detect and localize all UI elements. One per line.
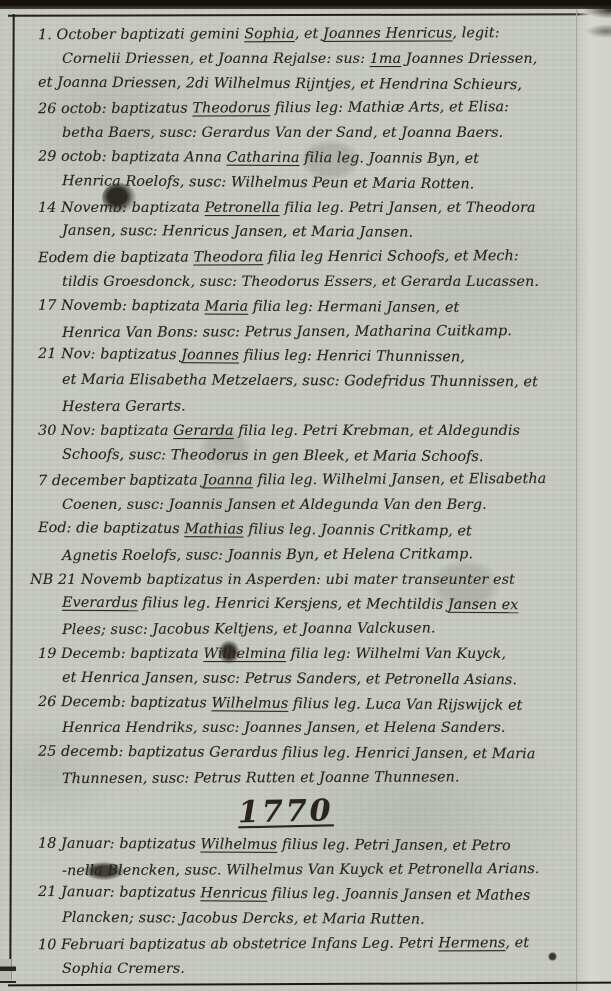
underlined-name: Hermens (438, 935, 505, 951)
manuscript-line: 21 Nov: baptizatus Joannes filius leg: H… (30, 342, 569, 371)
line-text: Eodem die baptizata (38, 250, 194, 267)
line-text: Thunnesen, susc: Petrus Rutten et Joanne… (62, 769, 460, 787)
line-text: Coenen, susc: Joannis Jansen et Aldegund… (62, 497, 487, 513)
manuscript-line: tildis Groesdonck, susc: Theodorus Esser… (30, 270, 569, 295)
page-right-edge (576, 9, 611, 991)
line-text: 26 Decemb: baptizatus (38, 693, 212, 710)
line-text: 25 decemb: baptizatus Gerardus filius le… (38, 744, 535, 763)
manuscript-line: Eodem die baptizata Theodora filia leg H… (30, 244, 569, 271)
underlined-name: Joannes Henricus (323, 25, 452, 42)
manuscript-line: 1. October baptizati gemini Sophia, et J… (30, 21, 569, 48)
line-text: filius leg. Luca Van Rijswijck et (288, 695, 522, 713)
underlined-name: Theodora (193, 249, 263, 265)
manuscript-line: Henrica Van Bons: susc: Petrus Jansen, M… (30, 318, 569, 345)
manuscript-line: Plees; susc: Jacobus Keltjens, et Joanna… (30, 616, 569, 643)
manuscript-line: 17 Novemb: baptizata Maria filia leg: He… (30, 293, 569, 321)
line-text: 26 octob: baptizatus (38, 101, 192, 118)
manuscript-line: et Maria Elisabetha Metzelaers, susc: Go… (30, 368, 569, 396)
manuscript-line: 29 octob: baptizata Anna Catharina filia… (30, 145, 569, 173)
line-text: 18 Januar: baptizatus (38, 835, 200, 852)
line-text: Schoofs, susc: Theodorus in gen Bleek, e… (62, 446, 484, 464)
manuscript-lines: 1. October baptizati gemini Sophia, et J… (30, 22, 569, 981)
line-text: filius leg. Joannis Critkamp, et (244, 521, 472, 539)
underlined-name: Wilhelmus (200, 836, 277, 852)
page-binding-left-line (9, 14, 14, 980)
manuscript-line: Plancken; susc: Jacobus Dercks, et Maria… (30, 906, 569, 934)
manuscript-line: 25 decemb: baptizatus Gerardus filius le… (30, 740, 569, 768)
underlined-name: Theodorus (192, 101, 270, 117)
underlined-name: Mathias (184, 521, 243, 537)
manuscript-line: Henrica Roelofs, susc: Wilhelmus Peun et… (30, 169, 569, 198)
line-text: , et (295, 26, 323, 42)
line-text: 29 octob: baptizata Anna (38, 149, 227, 166)
line-text: , et (505, 935, 529, 951)
line-text: 14 Novemb: baptizata (38, 200, 205, 216)
line-text: filia leg Henrici Schoofs, et Mech: (263, 248, 519, 265)
line-text: Henrica Van Bons: susc: Petrus Jansen, M… (62, 323, 512, 341)
line-text: filius leg. Joannis Jansen et Mathes (267, 886, 530, 904)
page-frame-bottom-line (8, 982, 611, 987)
manuscript-line: Henrica Hendriks, susc: Joannes Jansen, … (30, 716, 569, 741)
manuscript-line: Everardus filius leg. Henrici Kersjens, … (30, 591, 569, 619)
line-text: Joannes Driessen, (401, 51, 537, 67)
underlined-name: Wilhelmina (203, 646, 286, 662)
manuscript-line: Hestera Gerarts. (30, 393, 569, 420)
underlined-name: Jansen ex (448, 597, 519, 613)
manuscript-line: NB 21 Novemb baptizatus in Asperden: ubi… (30, 568, 569, 593)
manuscript-line: 18 Januar: baptizatus Wilhelmus filius l… (30, 831, 569, 859)
manuscript-line: 10 Februari baptizatus ab obstetrice Inf… (30, 931, 569, 958)
manuscript-line: 26 octob: baptizatus Theodorus filius le… (30, 95, 569, 122)
underlined-name: Joannes (181, 347, 239, 363)
line-text: 21 Nov: baptizatus (38, 346, 181, 363)
underlined-name: Catharina (227, 150, 300, 166)
line-text: Hestera Gerarts. (62, 398, 186, 415)
manuscript-line: 7 december baptizata Joanna filia leg. W… (30, 467, 569, 494)
corner-mark-bottom-left (0, 959, 16, 983)
underlined-name: Wilhelmus (211, 695, 288, 712)
underlined-name: Joanna (202, 473, 252, 489)
manuscript-line: Coenen, susc: Joannis Jansen et Aldegund… (30, 493, 569, 518)
year-heading: 1770 (30, 785, 570, 838)
line-text: filia leg. Wilhelmi Jansen, et Elisabeth… (253, 471, 547, 488)
line-text: , legit: (452, 25, 499, 41)
manuscript-line: Jansen, susc: Henricus Jansen, et Maria … (30, 219, 569, 247)
manuscript-line: 14 Novemb: baptizata Petronella filia le… (30, 196, 569, 221)
line-text: tildis Groesdonck, susc: Theodorus Esser… (62, 274, 539, 290)
manuscript-line: Cornelii Driessen, et Joanna Rejalse: su… (30, 47, 569, 72)
underlined-name: 1770 (238, 793, 334, 830)
line-text: filius leg. Henrici Kersjens, et Mechtil… (138, 595, 448, 613)
line-text: betha Baers, susc: Gerardus Van der Sand… (62, 125, 503, 141)
line-text: Jansen, susc: Henricus Jansen, et Maria … (62, 223, 413, 241)
scan-top-edge (0, 0, 611, 9)
line-text: Eod: die baptizatus (38, 520, 184, 537)
line-text: filia leg: Wilhelmi Van Kuyck, (286, 646, 506, 662)
line-text: filia leg: Hermani Jansen, et (248, 298, 459, 315)
manuscript-scan-page: 1. October baptizati gemini Sophia, et J… (0, 0, 611, 991)
manuscript-line: Agnetis Roelofs, susc: Joannis Byn, et H… (30, 542, 569, 569)
line-text: filius leg: Henrici Thunnissen, (239, 348, 465, 366)
line-text: NB 21 Novemb baptizatus in Asperden: ubi… (30, 572, 515, 588)
line-text: filia leg. Petri Jansen, et Theodora (280, 200, 536, 216)
page-frame-top-line (8, 13, 611, 17)
manuscript-line: 30 Nov: baptizata Gerarda filia leg. Pet… (30, 419, 569, 444)
manuscript-line: Eod: die baptizatus Mathias filius leg. … (30, 516, 569, 545)
line-text: 17 Novemb: baptizata (38, 297, 205, 314)
line-text: et Joanna Driessen, 2di Wilhelmus Rijntj… (38, 74, 522, 93)
line-text: 30 Nov: baptizata (38, 423, 173, 439)
line-text: 1. October baptizati gemini (38, 26, 244, 43)
manuscript-line: et Joanna Driessen, 2di Wilhelmus Rijntj… (30, 70, 569, 98)
underlined-name: Sophia (244, 26, 295, 42)
underlined-name: Henricus (200, 886, 267, 903)
manuscript-line: betha Baers, susc: Gerardus Van der Sand… (30, 121, 569, 146)
line-text: Henrica Roelofs, susc: Wilhelmus Peun et… (62, 173, 474, 192)
manuscript-line: Schoofs, susc: Theodorus in gen Bleek, e… (30, 442, 569, 470)
line-text: et Henrica Jansen, susc: Petrus Sanders,… (62, 669, 517, 687)
underlined-name: Petronella (205, 200, 280, 216)
manuscript-line: et Henrica Jansen, susc: Petrus Sanders,… (30, 665, 569, 693)
line-text: Agnetis Roelofs, susc: Joannis Byn, et H… (62, 546, 473, 564)
underlined-name: Maria (205, 298, 249, 314)
line-text: filius leg: Mathiæ Arts, et Elisa: (270, 99, 509, 116)
underlined-name: 1ma (370, 51, 401, 67)
line-text: 21 Januar: baptizatus (38, 884, 200, 901)
line-text: 19 Decemb: baptizata (38, 646, 203, 662)
line-text: filius leg. Petri Jansen, et Petro (277, 837, 511, 854)
manuscript-line: 26 Decemb: baptizatus Wilhelmus filius l… (30, 689, 569, 718)
line-text: 7 december baptizata (38, 473, 202, 490)
underlined-name: Everardus (62, 595, 138, 611)
line-text: Plancken; susc: Jacobus Dercks, et Maria… (62, 910, 425, 928)
line-text: 10 Februari baptizatus ab obstetrice Inf… (38, 935, 438, 953)
manuscript-line: 21 Januar: baptizatus Henricus filius le… (30, 880, 569, 909)
line-text: et Maria Elisabetha Metzelaers, susc: Go… (62, 372, 538, 390)
top-right-corner-shadow (565, 6, 611, 48)
line-text: -nella Blencken, susc. Wilhelmus Van Kuy… (62, 860, 540, 878)
line-text: Plees; susc: Jacobus Keltjens, et Joanna… (62, 621, 436, 639)
line-text: filia leg. Joannis Byn, et (299, 150, 479, 167)
line-text: Henrica Hendriks, susc: Joannes Jansen, … (62, 720, 505, 736)
manuscript-line: 19 Decemb: baptizata Wilhelmina filia le… (30, 642, 569, 667)
line-text: Sophia Cremers. (62, 961, 185, 977)
manuscript-line: -nella Blencken, susc. Wilhelmus Van Kuy… (30, 856, 569, 883)
line-text: Cornelii Driessen, et Joanna Rejalse: su… (62, 51, 370, 67)
manuscript-line: Sophia Cremers. (30, 957, 569, 982)
line-text: filia leg. Petri Krebman, et Aldegundis (234, 423, 520, 439)
underlined-name: Gerarda (173, 423, 233, 439)
